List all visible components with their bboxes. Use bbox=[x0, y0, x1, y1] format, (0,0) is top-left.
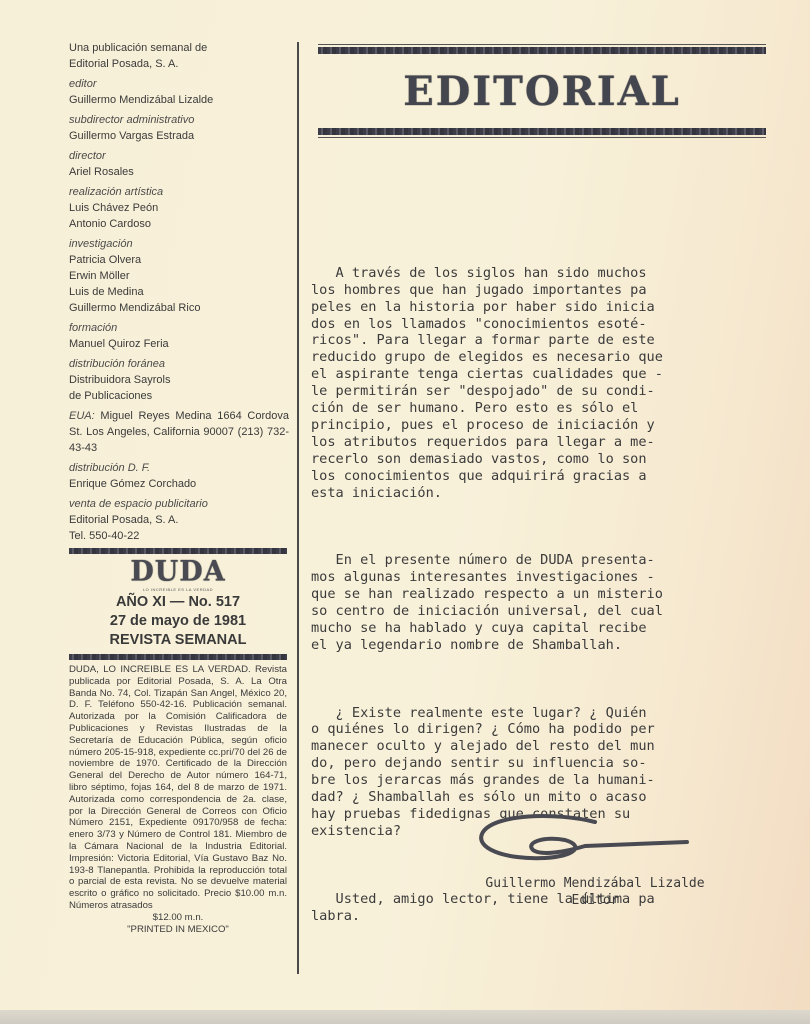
staff-name: Enrique Gómez Corchado bbox=[69, 476, 289, 492]
editorial-paragraph: A través de los siglos han sido muchos l… bbox=[311, 265, 751, 502]
duda-masthead: DUDA LO INCREIBLE ES LA VERDAD AÑO XI — … bbox=[69, 558, 287, 650]
staff-list: editorGuillermo Mendizábal Lizaldesubdir… bbox=[69, 76, 289, 404]
staff-role: distribución D. F. bbox=[69, 460, 289, 476]
staff-role: investigación bbox=[69, 236, 289, 252]
intro: Una publicación semanal de Editorial Pos… bbox=[69, 40, 289, 72]
header-bar bbox=[318, 128, 766, 135]
eua-address: Miguel Reyes Medina 1664 Cordova St. Los… bbox=[69, 410, 289, 454]
editor-name: Guillermo Mendizábal Lizalde bbox=[430, 876, 760, 893]
column-divider bbox=[297, 42, 299, 974]
staff-role: subdirector administrativo bbox=[69, 112, 289, 128]
staff-entry: distribución D. F.Enrique Gómez Corchado bbox=[69, 460, 289, 492]
header-bar bbox=[318, 47, 766, 54]
duda-logo: DUDA bbox=[69, 557, 287, 586]
back-issue-price: $12.00 m.n. bbox=[69, 912, 287, 924]
staff-name: Ariel Rosales bbox=[69, 164, 289, 180]
legal-text: DUDA, LO INCREIBLE ES LA VERDAD. Revista… bbox=[69, 664, 287, 911]
staff-name: Editorial Posada, S. A. bbox=[69, 512, 289, 528]
legal-notice: DUDA, LO INCREIBLE ES LA VERDAD. Revista… bbox=[69, 664, 287, 935]
staff-role: distribución foránea bbox=[69, 356, 289, 372]
staff-entry: distribución foráneaDistribuidora Sayrol… bbox=[69, 356, 289, 404]
eua-distribution: EUA: Miguel Reyes Medina 1664 Cordova St… bbox=[69, 408, 289, 456]
staff-role: director bbox=[69, 148, 289, 164]
editorial-header: EDITORIAL bbox=[318, 44, 766, 138]
editorial-paragraph: En el presente número de DUDA presenta- … bbox=[311, 552, 751, 653]
staff-name: de Publicaciones bbox=[69, 388, 289, 404]
rule bbox=[318, 44, 766, 45]
staff-entry: directorAriel Rosales bbox=[69, 148, 289, 180]
printed-in: "PRINTED IN MEXICO" bbox=[69, 924, 287, 936]
issue-date: 27 de mayo de 1981 bbox=[69, 612, 287, 631]
staff-name: Erwin Möller bbox=[69, 268, 289, 284]
publication-type: REVISTA SEMANAL bbox=[69, 631, 287, 650]
staff-name: Luis de Medina bbox=[69, 284, 289, 300]
signature-icon bbox=[475, 812, 695, 872]
staff-name: Tel. 550-40-22 bbox=[69, 528, 289, 544]
issue-number: AÑO XI — No. 517 bbox=[69, 593, 287, 612]
staff-entry: venta de espacio publicitarioEditorial P… bbox=[69, 496, 289, 544]
rule bbox=[318, 137, 766, 138]
staff-role: venta de espacio publicitario bbox=[69, 496, 289, 512]
magazine-page: Una publicación semanal de Editorial Pos… bbox=[0, 0, 810, 1010]
staff-list-2: distribución D. F.Enrique Gómez Corchado… bbox=[69, 460, 289, 544]
staff-name: Patricia Olvera bbox=[69, 252, 289, 268]
divider-bar bbox=[69, 654, 287, 660]
staff-name: Luis Chávez Peón bbox=[69, 200, 289, 216]
staff-name: Distribuidora Sayrols bbox=[69, 372, 289, 388]
staff-name: Guillermo Mendizábal Lizalde bbox=[69, 92, 289, 108]
staff-entry: formaciónManuel Quiroz Feria bbox=[69, 320, 289, 352]
staff-role: formación bbox=[69, 320, 289, 336]
staff-name: Guillermo Mendizábal Rico bbox=[69, 300, 289, 316]
staff-name: Guillermo Vargas Estrada bbox=[69, 128, 289, 144]
masthead-column: Una publicación semanal de Editorial Pos… bbox=[69, 40, 289, 935]
staff-entry: subdirector administrativoGuillermo Varg… bbox=[69, 112, 289, 144]
staff-name: Manuel Quiroz Feria bbox=[69, 336, 289, 352]
divider-bar bbox=[69, 548, 287, 554]
eua-label: EUA: bbox=[69, 410, 95, 422]
staff-entry: realización artísticaLuis Chávez PeónAnt… bbox=[69, 184, 289, 232]
staff-role: realización artística bbox=[69, 184, 289, 200]
editorial-title: EDITORIAL bbox=[318, 68, 766, 116]
staff-entry: investigaciónPatricia OlveraErwin Möller… bbox=[69, 236, 289, 316]
scan-edge bbox=[0, 1010, 810, 1024]
editor-title: Editor bbox=[430, 893, 760, 910]
staff-name: Antonio Cardoso bbox=[69, 216, 289, 232]
intro-line: Una publicación semanal de bbox=[69, 40, 289, 56]
staff-role: editor bbox=[69, 76, 289, 92]
editor-signature-block: Guillermo Mendizábal Lizalde Editor bbox=[430, 876, 760, 909]
intro-line: Editorial Posada, S. A. bbox=[69, 56, 289, 72]
staff-entry: editorGuillermo Mendizábal Lizalde bbox=[69, 76, 289, 108]
